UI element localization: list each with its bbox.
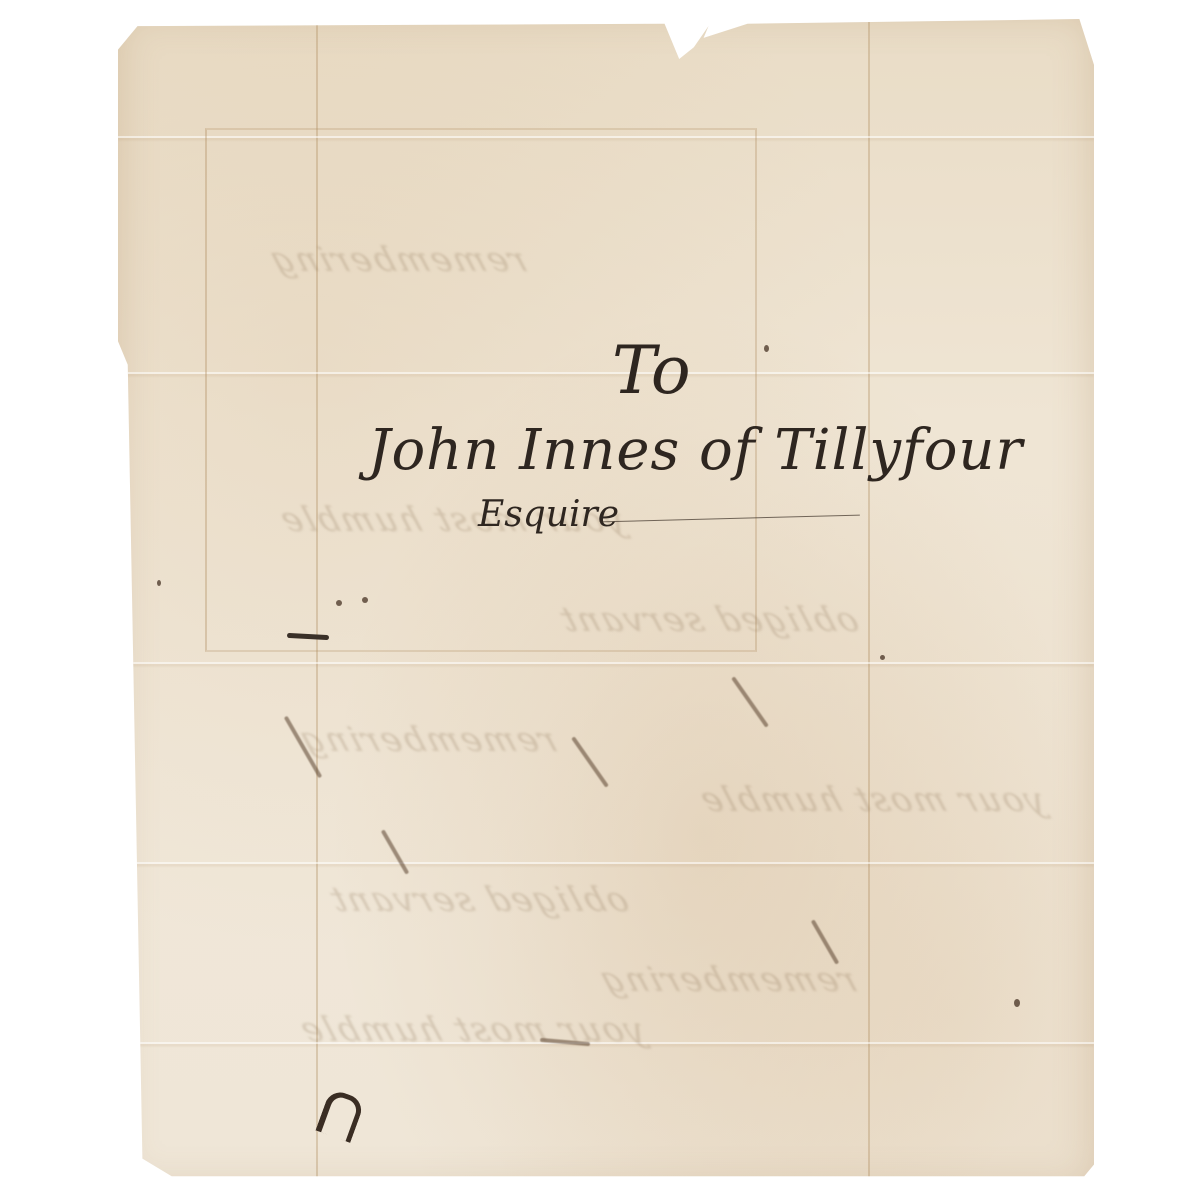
fold-line-horizontal — [118, 1042, 1094, 1044]
fold-line-horizontal — [118, 662, 1094, 664]
ink-spot — [336, 600, 342, 606]
ink-spot — [362, 597, 368, 603]
address-honorific: Esquire — [478, 494, 619, 535]
address-recipient: John Innes of Tillyfour — [368, 418, 1023, 483]
fold-line-vertical — [868, 12, 870, 1188]
ink-spot — [880, 655, 885, 660]
letter-scan: remembering your most humble obliged ser… — [0, 0, 1200, 1200]
ink-spot — [764, 345, 769, 352]
ink-spot — [1014, 999, 1020, 1007]
ink-spot — [157, 580, 161, 586]
address-salutation: To — [612, 332, 691, 409]
fold-line-horizontal — [118, 862, 1094, 864]
